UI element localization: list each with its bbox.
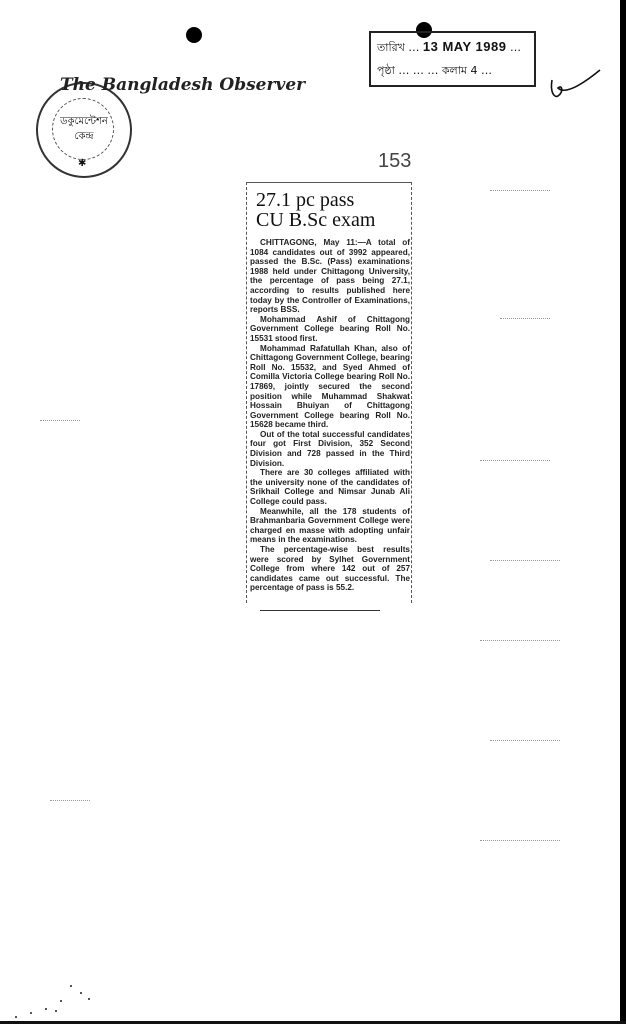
bleed-through-mark (40, 420, 80, 421)
date-label: তারিখ (377, 41, 405, 54)
scan-noise (70, 985, 72, 987)
bleed-through-mark (480, 640, 560, 641)
archive-stamp: ডকুমেন্টেশন কেন্দ্র ✱ (36, 82, 132, 178)
bleed-through-mark (480, 460, 550, 461)
date-stamp-box: তারিখ … 13 MAY 1989 … পৃষ্ঠা … … … কলাম … (369, 31, 536, 87)
handwritten-check-icon (548, 66, 604, 110)
bleed-through-mark (50, 800, 90, 801)
scan-noise (55, 1010, 57, 1012)
scan-noise (15, 1016, 17, 1018)
stamp-text-line2: কেন্দ্র (38, 129, 130, 146)
newspaper-masthead: The Bangladesh Observer (60, 75, 305, 95)
scan-noise (45, 1008, 47, 1010)
page-value: কলাম 4 (442, 64, 478, 77)
bleed-through-mark (480, 840, 560, 841)
scan-noise (80, 992, 82, 994)
bleed-through-mark (490, 740, 560, 741)
scan-noise (88, 998, 90, 1000)
page-row: পৃষ্ঠা … … … কলাম 4 … (377, 62, 492, 81)
bleed-through-mark (500, 318, 550, 319)
date-row: তারিখ … 13 MAY 1989 … (377, 39, 521, 58)
page-label: পৃষ্ঠা (377, 64, 395, 77)
handwritten-page-number: 153 (378, 150, 411, 173)
bleed-through-mark (490, 190, 550, 191)
bleed-through-mark (490, 560, 560, 561)
date-value: 13 MAY 1989 (423, 39, 507, 54)
scan-noise (60, 1000, 62, 1002)
clipping-border (246, 182, 412, 603)
scan-edge (620, 0, 626, 1024)
star-icon: ✱ (78, 158, 86, 169)
clipping-end-line (260, 610, 380, 611)
news-clipping: 27.1 pc pass CU B.Sc exam CHITTAGONG, Ma… (250, 186, 410, 593)
scan-noise (30, 1012, 32, 1014)
punch-hole (186, 27, 202, 43)
